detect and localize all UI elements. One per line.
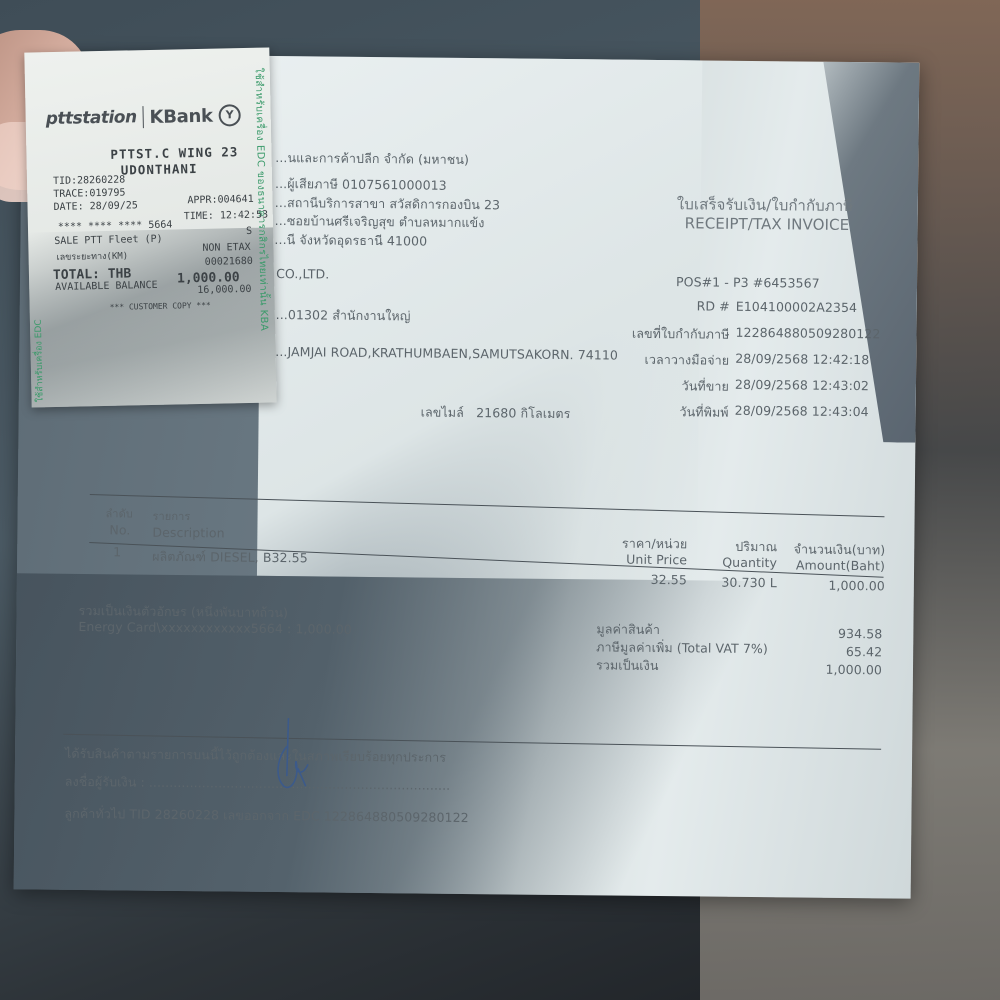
header-description: Description xyxy=(152,525,224,541)
signature-line: ลงชื่อผู้รับเงิน : .....................… xyxy=(65,772,451,796)
header-description-thai: รายการ xyxy=(152,507,190,525)
meta-value: 28/09/2568 12:43:04 xyxy=(735,403,869,419)
header-no-thai: ลำดับ xyxy=(105,504,133,522)
kbank-logo: KBank xyxy=(149,105,213,127)
footer-tid-edc: ลูกค้าทั่วไป TID 28260228 เลขออกจาก EDC … xyxy=(64,804,468,828)
mileage-value: 21680 xyxy=(476,405,516,420)
meta-value: 122864880509280122 xyxy=(735,325,880,342)
slip-brand: pttstation KBank Y xyxy=(45,104,240,130)
invoice-title-english: RECEIPT/TAX INVOICE xyxy=(685,214,850,234)
handwritten-signature xyxy=(270,716,311,796)
header-no: No. xyxy=(109,522,130,537)
slip-tid: TID:28260228 xyxy=(53,175,125,188)
customer-company: CO.,LTD. xyxy=(276,266,329,282)
row-unit-price: 32.55 xyxy=(607,571,687,587)
meta-label: วันที่ขาย xyxy=(579,375,729,397)
meta-value: E104100002A2354 xyxy=(736,299,857,315)
kbank-logo-icon: Y xyxy=(218,104,240,126)
row-no: 1 xyxy=(113,544,121,559)
seller-company-name: ...นและการค้าปลีก จำกัด (มหาชน) xyxy=(275,148,469,170)
slip-balance-label: AVAILABLE BALANCE xyxy=(55,280,158,293)
seller-address-2: ...นี จังหวัดอุดรธานี 41000 xyxy=(274,230,427,252)
total-value: 1,000.00 xyxy=(776,661,882,677)
slip-time: TIME: 12:42:53 xyxy=(184,210,269,223)
mileage-label: เลขไมล์ xyxy=(421,405,464,420)
slip-store-city: UDONTHANI xyxy=(121,161,198,178)
total-label: รวมเป็นเงิน xyxy=(596,655,659,676)
meta-label: RD # xyxy=(580,297,730,314)
meta-value: 28/09/2568 12:42:18 xyxy=(735,351,869,367)
slip-approval: APPR:004641 xyxy=(187,194,253,206)
meta-label: วันที่พิมพ์ xyxy=(579,401,729,423)
edc-slip: ใช้สำหรับเครื่อง EDC ของธนาคารกสิกรไทยเท… xyxy=(24,47,276,407)
pos-number: POS#1 - P3 #6453567 xyxy=(676,274,820,291)
mileage: เลขไมล์ 21680 กิโลเมตร xyxy=(421,403,571,425)
slip-etax: NON ETAX xyxy=(202,242,250,254)
meta-label: เลขที่ใบกำกับภาษี xyxy=(579,323,729,345)
payment-method: Energy Card\xxxxxxxxxxxx5664 : 1,000.00 xyxy=(78,619,352,637)
meta-label: เวลาวางมือจ่าย xyxy=(579,349,729,371)
header-quantity: Quantity xyxy=(697,554,777,570)
slip-balance-value: 16,000.00 xyxy=(197,284,251,296)
total-value: 65.42 xyxy=(776,643,882,659)
meta-value: 28/09/2568 12:43:02 xyxy=(735,377,869,393)
slip-trace: TRACE:019795 xyxy=(53,188,125,201)
ptt-station-logo: pttstation xyxy=(45,107,136,129)
received-note: ได้รับสินค้าตามรายการบนนี้ไว้ถูกต้องและใ… xyxy=(65,744,446,768)
slip-store-name: PTTST.C WING 23 xyxy=(110,144,238,162)
row-amount: 1,000.00 xyxy=(767,577,885,593)
customer-tax-id: ...01302 สำนักงานใหญ่ xyxy=(276,305,411,326)
slip-sale-type: SALE PTT Fleet (P) xyxy=(54,234,163,247)
slip-date: DATE: 28/09/25 xyxy=(53,200,138,213)
row-quantity: 30.730 L xyxy=(697,574,777,590)
brand-divider xyxy=(142,106,143,128)
row-description: ผลิตภัณฑ์ DIESEL, B32.55 xyxy=(152,547,308,569)
slip-card-suffix: S xyxy=(246,226,252,237)
slip-mileage-label: เลขระยะทาง(KM) xyxy=(56,248,128,263)
header-amount: Amount(Baht) xyxy=(767,557,885,573)
mileage-unit: กิโลเมตร xyxy=(520,406,570,422)
slip-mileage-value: 00021680 xyxy=(205,256,253,268)
total-value: 934.58 xyxy=(776,625,882,641)
